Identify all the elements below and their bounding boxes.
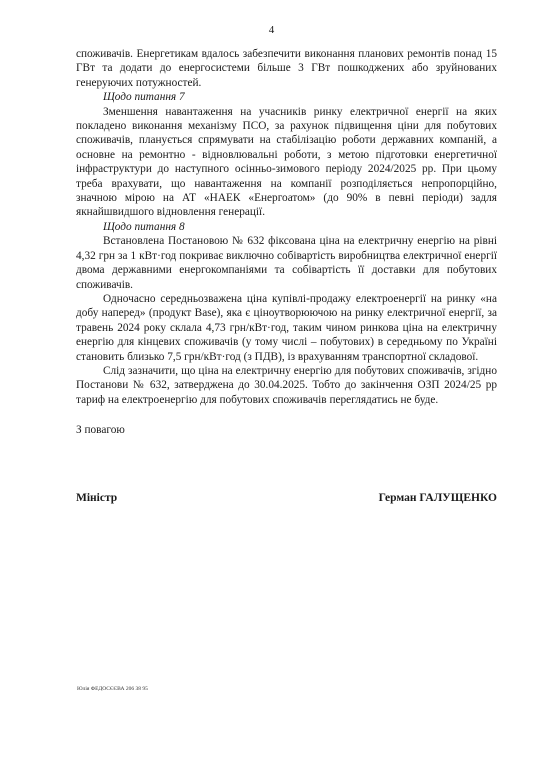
closing-phrase: З повагою: [76, 423, 497, 437]
paragraph: споживачів. Енергетикам вдалось забезпеч…: [76, 47, 497, 90]
paragraph: Встановлена Постановою № 632 фіксована ц…: [76, 234, 497, 292]
executor-footer: Юлія ФЕДОСЄЄВА 206 38 95: [77, 686, 148, 692]
section-heading-7: Щодо питання 7: [76, 90, 497, 104]
paragraph: Одночасно середньозважена ціна купівлі-п…: [76, 292, 497, 364]
signatory-name: Герман ГАЛУЩЕНКО: [379, 492, 497, 504]
letter-body: споживачів. Енергетикам вдалось забезпеч…: [76, 47, 497, 438]
paragraph: Слід зазначити, що ціна на електричну ен…: [76, 364, 497, 407]
paragraph: Зменшення навантаження на учасників ринк…: [76, 105, 497, 220]
page-number: 4: [0, 24, 543, 36]
signature-block: Міністр Герман ГАЛУЩЕНКО: [76, 492, 497, 504]
section-heading-8: Щодо питання 8: [76, 220, 497, 234]
signatory-title: Міністр: [76, 492, 117, 504]
